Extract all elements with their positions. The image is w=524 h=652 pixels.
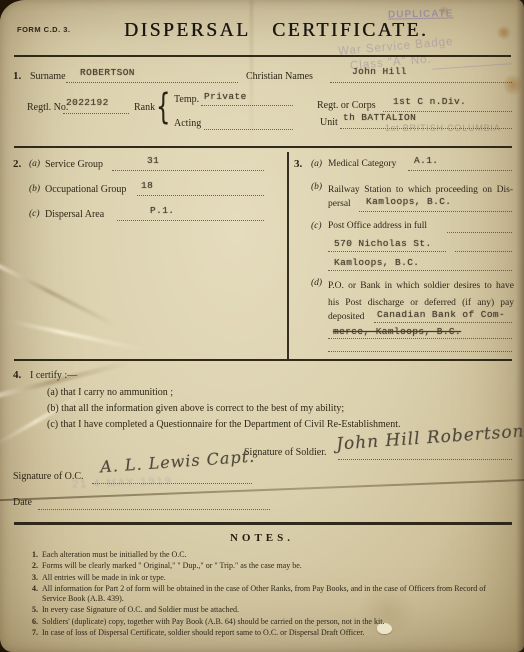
certify-item-a: (a) that I carry no ammunition ; bbox=[47, 387, 173, 398]
temp-rank-value: Private bbox=[204, 91, 247, 102]
bank-line3-empty bbox=[328, 351, 512, 352]
note-text: Soldiers' (duplicate) copy, together wit… bbox=[42, 617, 384, 626]
post-office-line1a bbox=[328, 251, 446, 252]
note-number: 4. bbox=[24, 584, 38, 603]
note-text: Each alteration must be initialled by th… bbox=[42, 550, 187, 559]
section1-rule bbox=[14, 146, 512, 148]
note-item: 7.In case of loss of Dispersal Certifica… bbox=[24, 628, 510, 637]
signature-rule bbox=[14, 522, 512, 525]
temp-rank-label: Temp. bbox=[174, 94, 199, 105]
post-office-line0 bbox=[447, 232, 512, 233]
section1-number: 1. bbox=[13, 70, 21, 82]
post-office-label: Post Office address in full bbox=[328, 221, 427, 231]
rank-brace: { bbox=[156, 87, 170, 128]
s2c-prefix: (c) bbox=[29, 209, 40, 219]
note-text: Forms will be clearly marked " Original,… bbox=[42, 561, 302, 570]
occupational-group-label: Occupational Group bbox=[45, 184, 126, 195]
service-group-line bbox=[112, 170, 264, 171]
acting-rank-label: Acting bbox=[174, 118, 201, 129]
document-title: DISPERSAL CERTIFICATE. bbox=[124, 20, 428, 42]
service-group-label: Service Group bbox=[45, 159, 103, 170]
regt-or-corps-value: 1st C n.Div. bbox=[393, 96, 466, 107]
section3-rule bbox=[14, 359, 512, 361]
s3a-prefix: (a) bbox=[311, 159, 322, 169]
occupational-group-value: 18 bbox=[141, 180, 153, 191]
note-text: In every case Signature of O.C. and Sold… bbox=[42, 605, 239, 614]
service-group-value: 31 bbox=[147, 155, 159, 166]
bank-line1 bbox=[374, 322, 512, 323]
temp-rank-line bbox=[201, 105, 293, 106]
note-text: All information for Part 2 of form will … bbox=[42, 584, 510, 603]
post-office-address-line1: 570 Nicholas St. bbox=[334, 238, 432, 249]
note-item: 3.All entries will be made in ink or typ… bbox=[24, 573, 510, 582]
notes-header: NOTES. bbox=[0, 532, 524, 544]
date-label: Date bbox=[13, 497, 32, 508]
note-text: All entries will be made in ink or type. bbox=[42, 573, 166, 582]
soldier-signature-label: Signature of Soldier. bbox=[244, 447, 327, 458]
note-item: 2.Forms will be clearly marked " Origina… bbox=[24, 561, 510, 570]
column-divider bbox=[287, 152, 289, 359]
bank-value-line2: merce, Kamloops, B.C. bbox=[333, 326, 461, 337]
unit-stamp: 1st BRITISH COLUMBIA bbox=[385, 123, 501, 133]
note-item: 5.In every case Signature of O.C. and So… bbox=[24, 605, 510, 614]
notes-list: 1.Each alteration must be initialled by … bbox=[24, 550, 510, 640]
section3-number: 3. bbox=[294, 158, 302, 170]
bank-label-line3: deposited bbox=[328, 312, 364, 322]
regt-or-corps-label: Regt. or Corps bbox=[317, 100, 376, 111]
regtl-no-value: 2022192 bbox=[66, 97, 109, 108]
s3d-prefix: (d) bbox=[311, 278, 322, 288]
bank-line2 bbox=[328, 338, 512, 339]
acting-rank-line bbox=[204, 129, 293, 130]
note-number: 5. bbox=[24, 605, 38, 614]
note-item: 4.All information for Part 2 of form wil… bbox=[24, 584, 510, 603]
date-line bbox=[38, 509, 270, 510]
header-rule bbox=[14, 55, 511, 57]
section4-number: 4. bbox=[13, 369, 21, 381]
certify-intro: I certify :— bbox=[30, 370, 77, 381]
post-office-line2 bbox=[328, 270, 512, 271]
railway-station-label-line2: persal bbox=[328, 199, 351, 209]
unit-value: th BATTALION bbox=[343, 112, 416, 123]
railway-station-line bbox=[359, 211, 512, 212]
medical-category-value: A.1. bbox=[414, 155, 438, 166]
soldier-signature-line bbox=[338, 459, 512, 460]
unit-label: Unit bbox=[320, 117, 338, 128]
bank-label-line1: P.O. or Bank in which soldier desires to… bbox=[328, 278, 514, 295]
note-number: 2. bbox=[24, 561, 38, 570]
note-number: 3. bbox=[24, 573, 38, 582]
christian-names-value: John Hill bbox=[352, 66, 407, 77]
rank-label: Rank bbox=[134, 102, 155, 113]
section2-number: 2. bbox=[13, 158, 21, 170]
note-number: 7. bbox=[24, 628, 38, 637]
medical-category-label: Medical Category bbox=[328, 159, 396, 169]
s3c-prefix: (c) bbox=[311, 221, 322, 231]
note-item: 6.Soldiers' (duplicate) copy, together w… bbox=[24, 617, 510, 626]
regtl-no-label: Regtl. No. bbox=[27, 102, 68, 113]
note-item: 1.Each alteration must be initialled by … bbox=[24, 550, 510, 559]
s2a-prefix: (a) bbox=[29, 159, 40, 169]
medical-category-line bbox=[408, 170, 512, 171]
railway-station-value: Kamloops, B.C. bbox=[366, 196, 451, 207]
dispersal-area-label: Dispersal Area bbox=[45, 209, 104, 220]
post-office-address-line2: Kamloops, B.C. bbox=[334, 257, 419, 268]
post-office-line1b bbox=[455, 251, 512, 252]
form-number: FORM C.D. 3. bbox=[17, 25, 71, 34]
note-number: 1. bbox=[24, 550, 38, 559]
occupational-group-line bbox=[137, 195, 264, 196]
surname-value: ROBERTSON bbox=[80, 67, 135, 78]
regtl-no-line bbox=[63, 113, 129, 114]
bank-value-line1: Canadian Bank of Com- bbox=[377, 309, 505, 320]
note-text: In case of loss of Dispersal Certificate… bbox=[42, 628, 364, 637]
dispersal-area-value: P.1. bbox=[150, 205, 174, 216]
s3b-prefix: (b) bbox=[311, 182, 322, 192]
certify-item-b: (b) that all the information given above… bbox=[47, 403, 344, 414]
surname-label: Surname bbox=[30, 71, 66, 82]
christian-names-line bbox=[330, 82, 512, 83]
certify-item-c: (c) that I have completed a Questionnair… bbox=[47, 419, 401, 430]
duplicate-stamp: DUPLICATE bbox=[388, 8, 454, 20]
note-number: 6. bbox=[24, 617, 38, 626]
scanned-document: FORM C.D. 3. DISPERSAL CERTIFICATE. DUPL… bbox=[0, 0, 524, 652]
dispersal-area-line bbox=[117, 220, 264, 221]
christian-names-label: Christian Names bbox=[246, 71, 313, 82]
s2b-prefix: (b) bbox=[29, 184, 40, 194]
surname-line bbox=[66, 82, 238, 83]
